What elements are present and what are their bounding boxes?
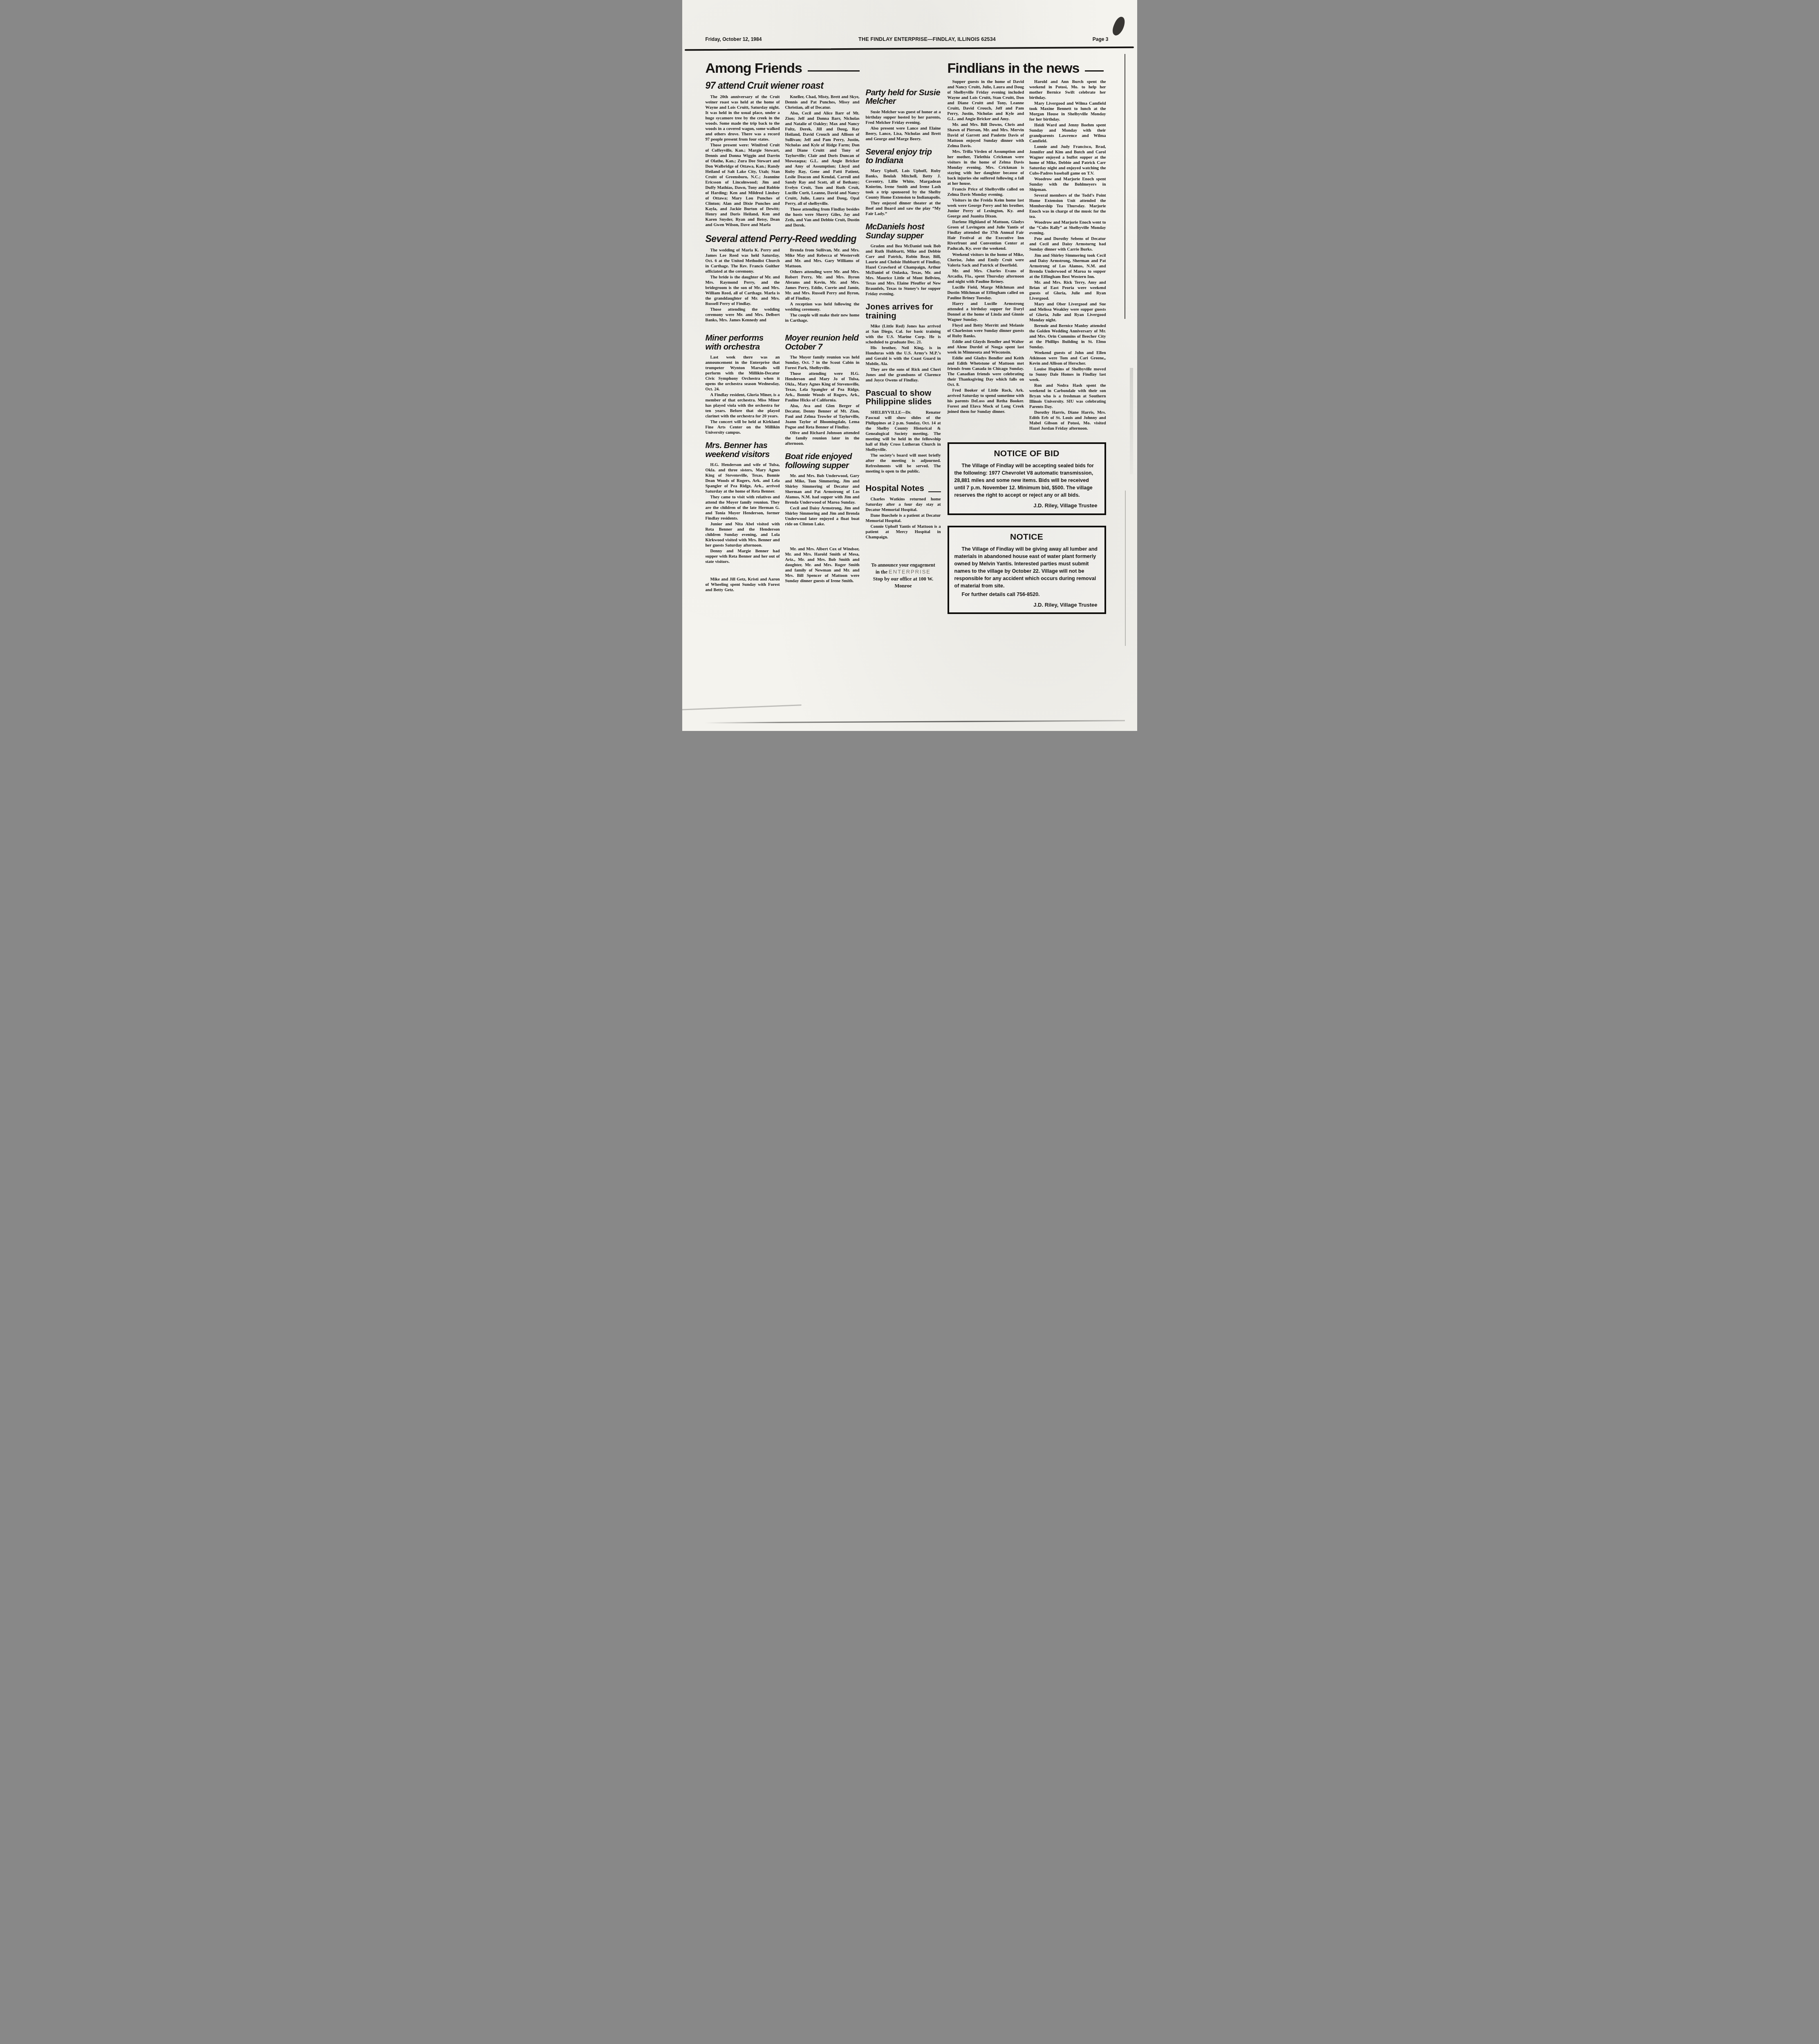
scan-artifact-bottom-streak (705, 720, 1125, 723)
paragraph: Harold and Ann Burch spent the weekend i… (1029, 79, 1106, 101)
benner-headline: Mrs. Benner has weekend visitors (706, 441, 780, 459)
getz-note: Mike and Jill Getz, Kristi and Aaron of … (706, 577, 780, 593)
paragraph: Also, Cecil and Alice Barr of Mt. Zion; … (785, 111, 860, 206)
paragraph: Mike (Little Red) Jones has arrived at S… (866, 324, 941, 345)
wiener-roast-columns: The 20th anniversary of the Cruit weiner… (706, 94, 860, 229)
paragraph: Weekend guests of John and Ellen Atkinso… (1029, 350, 1106, 366)
findlians-rule (1085, 61, 1104, 72)
paragraph: Mary Livergood and Wilma Camfield took M… (1029, 101, 1106, 122)
paragraph: The couple will make their new home in C… (785, 313, 860, 323)
paragraph: Several members of the Todd’s Point Home… (1029, 193, 1106, 220)
newspaper-page: Friday, October 12, 1984 THE FINDLAY ENT… (682, 0, 1137, 731)
article-benner-visitors: Mrs. Benner has weekend visitors H.G. He… (706, 441, 780, 593)
article-pascual-slides: Pascual to show Philippine slides SHELBY… (866, 389, 941, 474)
paragraph: Eddie and Glayds Bendler and Walter and … (948, 339, 1024, 355)
lower-left-col-2: Moyer reunion held October 7 The Moyer f… (785, 328, 860, 597)
paragraph: Darlene Highland of Mattoon, Gladys Gree… (948, 220, 1024, 251)
notice-giveaway-title: NOTICE (954, 533, 1099, 541)
paragraph: The society’s board will meet briefly af… (866, 453, 941, 474)
hospital-notes-rule (928, 486, 941, 492)
paragraph: SHELBYVILLE—Dr. Renator Pascual will sho… (866, 410, 941, 453)
wedding-headline: Several attend Perry-Reed wedding (706, 234, 860, 244)
paragraph: Mr. and Mrs. Rick Terry, Amy and Brian o… (1029, 280, 1106, 301)
paragraph: Junior and Nita Abel visited with Reta B… (706, 522, 780, 548)
boat-ride-headline: Boat ride enjoyed following supper (785, 452, 860, 470)
paragraph: Those present were: Winifred Cruit of Co… (706, 143, 780, 228)
notice-of-bid-body: The Village of Findlay will be accepting… (954, 462, 1099, 499)
paragraph: Olive and Richard Johnson attended the f… (785, 430, 860, 446)
paragraph: The concert will be held at Kirkland Fin… (706, 419, 780, 435)
hospital-notes-title-row: Hospital Notes (866, 478, 941, 493)
findlians-title-row: Findlians in the news (948, 61, 1106, 75)
paragraph: Kneller, Chad, Misty, Brett and Skye, De… (785, 94, 860, 110)
paragraph: A reception was held following the weddi… (785, 302, 860, 312)
paragraph: Fred Booker of Little Rock, Ark. arrived… (948, 388, 1024, 415)
paragraph: Woodrow and Marjorie Enoch spent Sunday … (1029, 177, 1106, 193)
paragraph: Louise Hopkins of Shelbyville moved to S… (1029, 367, 1106, 383)
paragraph: H.G. Henderson and wife of Tulsa, Okla. … (706, 462, 780, 494)
paragraph: Jim and Shirley Simmering took Cecil and… (1029, 253, 1106, 280)
notice-of-bid-signature: J.D. Riley, Village Trustee (954, 502, 1098, 509)
jones-headline: Jones arrives for training (866, 303, 941, 320)
wiener-roast-col-2: Kneller, Chad, Misty, Brett and Skye, De… (785, 94, 860, 229)
scan-artifact-vertical-line (1125, 54, 1126, 319)
findlians-title: Findlians in the news (948, 61, 1080, 75)
paragraph: Those attending were H.G. Henderson and … (785, 371, 860, 403)
wedding-columns: The wedding of Marla K. Perry and James … (706, 248, 860, 324)
findlians-col-1: Supper guests in the home of David and N… (948, 79, 1024, 432)
among-friends-rule (808, 61, 860, 72)
mcdaniels-body: Graden and Bea McDaniel took Bob and Rut… (866, 244, 941, 297)
paragraph: Lonnie and Judy Francisco, Brad, Jennife… (1029, 144, 1106, 176)
paragraph: Dane Buechele is a patient at Decatur Me… (866, 513, 941, 524)
indiana-headline: Several enjoy trip to Indiana (866, 148, 941, 165)
paragraph: Others attending were Mr. and Mrs. Rober… (785, 269, 860, 301)
miner-headline: Miner performs with orchestra (706, 334, 780, 351)
paragraph: Mr. and Mrs. Bob Underwood, Gary and Mik… (785, 473, 860, 505)
cox-note: Mr. and Mrs. Albert Cox of Windsor, Mr. … (785, 547, 860, 584)
notice-giveaway-body: The Village of Findlay will be giving aw… (954, 545, 1099, 589)
wiener-roast-headline: 97 attend Cruit wiener roast (706, 81, 860, 91)
hospital-notes-body: Charles Watkins returned home Saturday a… (866, 497, 941, 540)
paragraph: Heidi Ward and Jenny Boehm spent Sunday … (1029, 123, 1106, 144)
paragraph: His brother, Neil King, is in Honduras w… (866, 345, 941, 367)
among-friends-title-row: Among Friends (706, 61, 860, 75)
paragraph: They are the sons of Rick and Cheri Jone… (866, 367, 941, 383)
paragraph: Last week there was an announcement in t… (706, 355, 780, 392)
article-boat-ride: Boat ride enjoyed following supper Mr. a… (785, 452, 860, 584)
header-rule (684, 47, 1134, 51)
wiener-roast-col-1: The 20th anniversary of the Cruit weiner… (706, 94, 780, 229)
paragraph: Denny and Margie Benner had supper with … (706, 549, 780, 565)
notice-giveaway-signature: J.D. Riley, Village Trustee (954, 602, 1098, 608)
enterprise-logo: ENTERPRISE (889, 569, 931, 575)
paragraph: Graden and Bea McDaniel took Bob and Rut… (866, 244, 941, 297)
notice-giveaway-box: NOTICE The Village of Findlay will be gi… (948, 526, 1106, 614)
moyer-body: The Moyer family reunion was held Sunday… (785, 355, 860, 446)
article-perry-reed-wedding: Several attend Perry-Reed wedding The we… (706, 234, 860, 324)
paragraph: The 20th anniversary of the Cruit weiner… (706, 94, 780, 142)
paragraph: A Findlay resident, Gloria Miner, is a m… (706, 392, 780, 419)
benner-body: H.G. Henderson and wife of Tulsa, Okla. … (706, 462, 780, 565)
article-mcdaniels-supper: McDaniels host Sunday supper Graden and … (866, 222, 941, 297)
paragraph: They enjoyed dinner theater at the Beef … (866, 201, 941, 217)
paragraph: Eddie and Gladys Bendler and Keith and E… (948, 356, 1024, 388)
wedding-col-2: Brenda from Sullivan, Mr. and Mrs. Mike … (785, 248, 860, 324)
paragraph: Susie Melcher was guest of honor at a bi… (866, 110, 941, 126)
paragraph: Floyd and Betty Merritt and Melanie of C… (948, 323, 1024, 339)
paragraph: They came to visit with relatives and at… (706, 495, 780, 521)
article-hospital-notes: Hospital Notes Charles Watkins returned … (866, 478, 941, 540)
paragraph: Woodrow and Marjorie Enoch went to the “… (1029, 220, 1106, 236)
among-friends-title: Among Friends (706, 61, 802, 75)
paragraph: The bride is the daughter of Mr. and Mrs… (706, 275, 780, 307)
indiana-body: Mary Uphoff, Lois Uphoff, Ruby Banks, Be… (866, 168, 941, 217)
engagement-line-2-prefix: in the (876, 569, 887, 575)
engagement-house-ad: To announce your engagement in the ENTER… (866, 562, 941, 589)
paragraph: Mary Uphoff, Lois Uphoff, Ruby Banks, Be… (866, 168, 941, 200)
article-jones-training: Jones arrives for training Mike (Little … (866, 303, 941, 383)
article-melcher-party: Party held for Susie Melcher Susie Melch… (866, 88, 941, 142)
paragraph: Ron and Nedra Hash spent the weekend in … (1029, 383, 1106, 410)
scan-artifact-bottom-left-streak (682, 704, 802, 710)
engagement-line-1: To announce your engagement (866, 562, 941, 569)
boat-ride-body: Mr. and Mrs. Bob Underwood, Gary and Mik… (785, 473, 860, 527)
paragraph: Bernole and Bernice Manley attended the … (1029, 323, 1106, 350)
hospital-notes-headline: Hospital Notes (866, 484, 925, 493)
findlians-col-2: Harold and Ann Burch spent the weekend i… (1029, 79, 1106, 432)
issue-date: Friday, October 12, 1984 (706, 37, 762, 42)
notice-giveaway-phone: For further details call 756-8520. (954, 591, 1099, 598)
paragraph: Harry and Lucille Armstrong attended a b… (948, 301, 1024, 323)
article-moyer-reunion: Moyer reunion held October 7 The Moyer f… (785, 334, 860, 446)
paragraph: Also, Ava and Glen Berger of Decatur, De… (785, 403, 860, 430)
paragraph: Francis Price of Shelbyville called on Z… (948, 187, 1024, 197)
scan-artifact-right-smudge (1130, 368, 1133, 474)
middle-column: Party held for Susie Melcher Susie Melch… (866, 88, 941, 590)
paragraph: Those attending from Findlay besides the… (785, 207, 860, 228)
jones-body: Mike (Little Red) Jones has arrived at S… (866, 324, 941, 383)
notice-of-bid-box: NOTICE OF BID The Village of Findlay wil… (948, 442, 1106, 515)
paragraph: Supper guests in the home of David and N… (948, 79, 1024, 122)
scan-artifact-ink-blob (1110, 15, 1127, 37)
wedding-col-1: The wedding of Marla K. Perry and James … (706, 248, 780, 324)
paragraph: The wedding of Marla K. Perry and James … (706, 248, 780, 274)
engagement-line-3: Stop by our office at 100 W. Monroe (866, 576, 941, 590)
melcher-body: Susie Melcher was guest of honor at a bi… (866, 110, 941, 142)
paragraph: The Moyer family reunion was held Sunday… (785, 355, 860, 371)
page-header: Friday, October 12, 1984 THE FINDLAY ENT… (706, 37, 1109, 42)
findlians-columns: Supper guests in the home of David and N… (948, 79, 1106, 432)
mcdaniels-headline: McDaniels host Sunday supper (866, 222, 941, 240)
miner-body: Last week there was an announcement in t… (706, 355, 780, 435)
pascual-body: SHELBYVILLE—Dr. Renator Pascual will sho… (866, 410, 941, 474)
paragraph: Mary and Ober Livergood and Sue and Meli… (1029, 302, 1106, 323)
among-friends-section: Among Friends 97 attend Cruit wiener roa… (706, 61, 860, 597)
paragraph: Mr. and Mrs. Bill Downs, Chris and Shawn… (948, 122, 1024, 149)
page-number: Page 3 (1093, 37, 1109, 42)
paragraph: Lucille Field, Marge Milchman and Dustin… (948, 285, 1024, 301)
findlians-section: Findlians in the news Supper guests in t… (948, 61, 1106, 614)
article-miner-orchestra: Miner performs with orchestra Last week … (706, 334, 780, 435)
paragraph: Weekend visitors in the home of Mike, Ch… (948, 252, 1024, 268)
scan-artifact-vertical-line-faint (1125, 491, 1126, 646)
pascual-headline: Pascual to show Philippine slides (866, 389, 941, 406)
notice-of-bid-title: NOTICE OF BID (954, 449, 1099, 458)
engagement-line-2: in the ENTERPRISE (866, 569, 941, 576)
paragraph: Connie Uphoff Yantis of Mattoon is a pat… (866, 524, 941, 540)
paragraph: Mr. and Mrs. Charles Evans of Arcadia, F… (948, 269, 1024, 285)
paragraph: Charles Watkins returned home Saturday a… (866, 497, 941, 513)
lower-left-columns: Miner performs with orchestra Last week … (706, 328, 860, 597)
masthead: THE FINDLAY ENTERPRISE—FINDLAY, ILLINOIS… (858, 37, 996, 42)
moyer-headline: Moyer reunion held October 7 (785, 334, 860, 351)
article-indiana-trip: Several enjoy trip to Indiana Mary Uphof… (866, 148, 941, 217)
paragraph: Visitors in the Freida Keim home last we… (948, 198, 1024, 219)
lower-left-col-1: Miner performs with orchestra Last week … (706, 328, 780, 597)
paragraph: Mrs. Trilla Virden of Assumption and her… (948, 149, 1024, 186)
paragraph: Dorothy Harris, Diane Harris, Mrs. Edith… (1029, 410, 1106, 431)
article-wiener-roast: 97 attend Cruit wiener roast The 20th an… (706, 81, 860, 229)
paragraph: Cecil and Daisy Armstrong, Jim and Shirl… (785, 506, 860, 527)
paragraph: Brenda from Sullivan, Mr. and Mrs. Mike … (785, 248, 860, 269)
paragraph: Those attending the wedding ceremony wer… (706, 307, 780, 323)
paragraph: Pete and Dorothy Sebens of Decatur and C… (1029, 236, 1106, 252)
paragraph: Also present were Lance and Elaine Beery… (866, 126, 941, 142)
melcher-headline: Party held for Susie Melcher (866, 88, 941, 106)
